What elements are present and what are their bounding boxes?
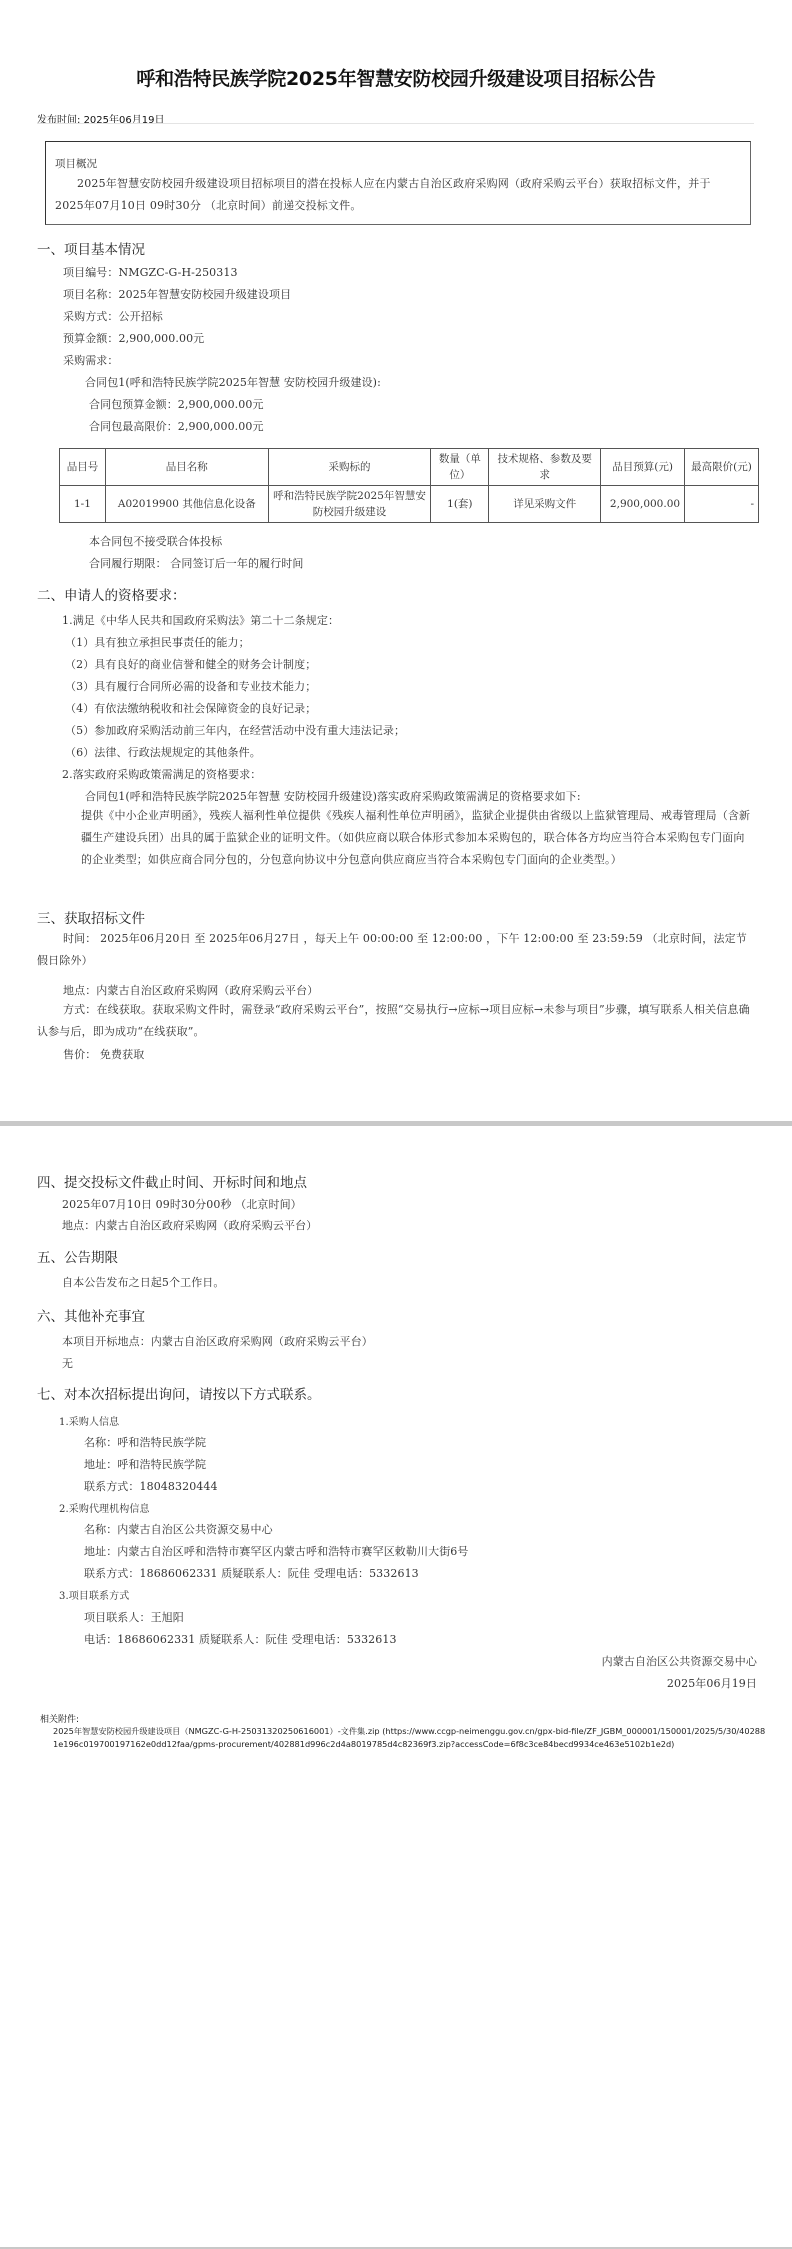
table-row: 1-1 A02019900 其他信息化设备 呼和浩特民族学院2025年智慧安防校…: [60, 486, 759, 523]
col-budget: 品目预算(元): [601, 449, 685, 486]
supplement-none: 无: [62, 1355, 73, 1371]
condition-3: （3）具有履行合同所必需的设备和专业技术能力；: [65, 678, 316, 694]
col-spec: 技术规格、参数及要求: [489, 449, 601, 486]
procurement-demand-label: 采购需求：: [63, 352, 119, 368]
purchaser-contact: 联系方式：18048320444: [84, 1478, 218, 1494]
publish-time-label: 发布时间:: [37, 115, 80, 126]
overview-title: 项目概况: [55, 155, 741, 173]
agency-address: 地址：内蒙古自治区呼和浩特市赛罕区内蒙古呼和浩特市赛罕区敕勒川大街6号: [84, 1543, 469, 1559]
project-overview-box: 项目概况 2025年智慧安防校园升级建设项目招标项目的潜在投标人应在内蒙古自治区…: [45, 141, 751, 225]
publish-time-value: 2025年06月19日: [84, 115, 165, 126]
project-contact-phone: 电话：18686062331 质疑联系人：阮佳 受理电话：5332613: [84, 1631, 397, 1647]
package-policy: 合同包1(呼和浩特民族学院2025年智慧 安防校园升级建设)落实政府采购政策需满…: [85, 788, 581, 804]
project-name: 项目名称：2025年智慧安防校园升级建设项目: [63, 286, 291, 302]
cell-quantity: 1(套): [431, 486, 489, 523]
attachments-label: 相关附件:: [40, 1712, 79, 1725]
deadline-place: 地点：内蒙古自治区政府采购网（政府采购云平台）: [62, 1217, 317, 1233]
section5-heading: 五、公告期限: [37, 1246, 118, 1266]
procurement-method: 采购方式：公开招标: [63, 308, 163, 324]
no-consortium-note: 本合同包不接受联合体投标: [89, 533, 222, 549]
section6-heading: 六、其他补充事宜: [37, 1305, 145, 1325]
condition-1: （1）具有独立承担民事责任的能力；: [65, 634, 250, 650]
header-divider: [37, 123, 754, 124]
purchaser-name: 名称：呼和浩特民族学院: [84, 1434, 206, 1450]
announcement-period: 自本公告发布之日起5个工作日。: [62, 1274, 225, 1290]
col-item-no: 品目号: [60, 449, 106, 486]
project-number: 项目编号：NMGZC-G-H-250313: [63, 264, 238, 280]
budget-amount: 预算金额：2,900,000.00元: [63, 330, 204, 346]
condition-5: （5）参加政府采购活动前三年内，在经营活动中没有重大违法记录；: [65, 722, 405, 738]
acquire-place: 地点：内蒙古自治区政府采购网（政府采购云平台）: [63, 982, 318, 998]
condition-4: （4）有依法缴纳税收和社会保障资金的良好记录；: [65, 700, 316, 716]
acquire-time: 时间： 2025年06月20日 至 2025年06月27日 ，每天上午 00:0…: [37, 928, 753, 972]
col-max-price: 最高限价(元): [685, 449, 759, 486]
purchaser-address: 地址：呼和浩特民族学院: [84, 1456, 206, 1472]
attachment-link[interactable]: 2025年智慧安防校园升级建设项目（NMGZC-G-H-250313202506…: [53, 1725, 768, 1751]
agency-contact: 联系方式：18686062331 质疑联系人：阮佳 受理电话：5332613: [84, 1565, 419, 1581]
acquire-method: 方式：在线获取。获取采购文件时，需登录“政府采购云平台”，按照“交易执行→应标→…: [37, 999, 753, 1043]
agency-name: 名称：内蒙古自治区公共资源交易中心: [84, 1521, 273, 1537]
cell-budget: 2,900,000.00: [601, 486, 685, 523]
table-header-row: 品目号 品目名称 采购标的 数量（单位） 技术规格、参数及要求 品目预算(元) …: [60, 449, 759, 486]
cell-subject: 呼和浩特民族学院2025年智慧安防校园升级建设: [268, 486, 431, 523]
signature-org: 内蒙古自治区公共资源交易中心: [602, 1653, 757, 1669]
condition-2: （2）具有良好的商业信誉和健全的财务会计制度；: [65, 656, 316, 672]
contract-package: 合同包1(呼和浩特民族学院2025年智慧 安防校园升级建设):: [85, 374, 381, 390]
purchaser-info-label: 1.采购人信息: [59, 1413, 119, 1428]
policy-text: 提供《中小企业声明函》，残疾人福利性单位提供《残疾人福利性单位声明函》，监狱企业…: [81, 805, 753, 871]
sale-price: 售价： 免费获取: [63, 1046, 144, 1062]
cell-spec: 详见采购文件: [489, 486, 601, 523]
deadline-time: 2025年07月10日 09时30分00秒 （北京时间）: [62, 1196, 302, 1212]
section2-heading: 二、申请人的资格要求：: [37, 584, 186, 604]
section7-heading: 七、对本次招标提出询问，请按以下方式联系。: [37, 1383, 321, 1403]
package-budget: 合同包预算金额：2,900,000.00元: [89, 396, 264, 412]
project-contact-person: 项目联系人：王旭阳: [84, 1609, 184, 1625]
agency-info-label: 2.采购代理机构信息: [59, 1500, 150, 1515]
page-title: 呼和浩特民族学院2025年智慧安防校园升级建设项目招标公告: [0, 64, 792, 91]
section4-heading: 四、提交投标文件截止时间、开标时间和地点: [37, 1171, 307, 1191]
col-quantity: 数量（单位）: [431, 449, 489, 486]
signature-date: 2025年06月19日: [667, 1675, 757, 1691]
overview-text: 2025年智慧安防校园升级建设项目招标项目的潜在投标人应在内蒙古自治区政府采购网…: [55, 173, 741, 217]
section1-heading: 一、项目基本情况: [37, 238, 145, 258]
cell-item-no: 1-1: [60, 486, 106, 523]
items-table: 品目号 品目名称 采购标的 数量（单位） 技术规格、参数及要求 品目预算(元) …: [59, 448, 759, 523]
cell-max-price: -: [685, 486, 759, 523]
package-max-price: 合同包最高限价：2,900,000.00元: [89, 418, 264, 434]
cell-item-name: A02019900 其他信息化设备: [105, 486, 268, 523]
page-break-divider: [0, 1121, 792, 1126]
project-contact-label: 3.项目联系方式: [59, 1587, 129, 1602]
opening-place: 本项目开标地点：内蒙古自治区政府采购网（政府采购云平台）: [62, 1333, 373, 1349]
col-item-name: 品目名称: [105, 449, 268, 486]
condition-6: （6）法律、行政法规规定的其他条件。: [65, 744, 261, 760]
contract-term: 合同履行期限： 合同签订后一年的履行时间: [89, 555, 304, 571]
qualification-item-1: 1.满足《中华人民共和国政府采购法》第二十二条规定：: [62, 612, 339, 628]
col-subject: 采购标的: [268, 449, 431, 486]
section3-heading: 三、获取招标文件: [37, 907, 145, 927]
qualification-item-2: 2.落实政府采购政策需满足的资格要求：: [62, 766, 261, 782]
